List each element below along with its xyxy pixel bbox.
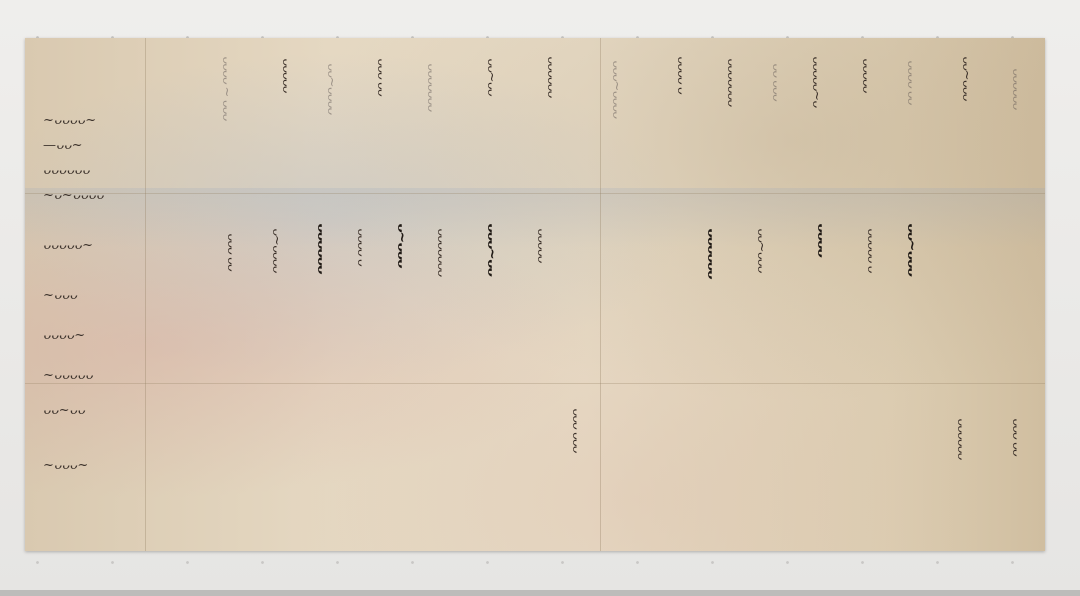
text-column: ᴗᴗᴗᴗᴗᴗ [545, 56, 558, 97]
text-column: ᴗᴗ~ᴗᴗᴗᴗ [325, 63, 338, 114]
text-column: ᴗᴗ~ᴗᴗᴗ [960, 56, 973, 100]
bottom-edge [0, 590, 1080, 596]
fold-line [600, 38, 601, 551]
text-column: ᴗᴗᴗᴗᴗ [860, 58, 873, 92]
text-column: ᴗ~ᴗᴗᴗ [395, 223, 409, 267]
fold-line [25, 383, 1045, 384]
manuscript-sheet: ~ᴗᴗᴗᴗ~ —ᴗᴗ~ ᴗᴗᴗᴗᴗᴗ ~ᴗ~ᴗᴗᴗᴗ ᴗᴗᴗᴗᴗ~ ~ᴗᴗᴗ ᴗ… [25, 38, 1045, 551]
text-column: ᴗᴗᴗ~ᴗᴗᴗᴗ [610, 60, 623, 118]
text-column: ᴗᴗ~ᴗᴗ [485, 58, 498, 95]
text-column: ᴗᴗᴗᴗᴗᴗ [315, 223, 329, 273]
text-column: ᴗᴗᴗᴗᴗ ᴗ [865, 228, 878, 272]
text-column: ᴗᴗᴗᴗ ᴗ [675, 56, 688, 93]
text-column: ᴗᴗᴗ ᴗᴗ [1010, 418, 1023, 455]
text-column: ᴗᴗᴗᴗᴗᴗᴗ [725, 58, 738, 106]
text-column: ᴗᴗᴗᴗᴗᴗᴗ [425, 63, 438, 111]
margin-line: ~ᴗᴗᴗᴗ~ [43, 113, 96, 128]
margin-line: —ᴗᴗ~ [43, 138, 83, 153]
text-column: ᴗᴗᴗ ᴗᴗᴗ [570, 408, 583, 452]
margin-line: ᴗᴗ~ᴗᴗ [43, 403, 85, 418]
margin-line: ᴗᴗᴗᴗ~ [43, 328, 85, 343]
text-column: ᴗᴗ~ᴗᴗᴗ [905, 223, 919, 275]
margin-line: ~ᴗ~ᴗᴗᴗᴗ [43, 188, 104, 203]
margin-line: ~ᴗᴗᴗᴗᴗ [43, 368, 93, 383]
text-column: ᴗᴗᴗᴗᴗ [280, 58, 293, 92]
fold-line [145, 38, 146, 551]
text-column: ᴗᴗ ᴗᴗᴗ [770, 63, 783, 100]
text-column: ᴗᴗᴗᴗᴗᴗᴗ [435, 228, 448, 276]
text-column: ᴗᴗᴗ ᴗᴗ [225, 233, 238, 270]
margin-line: ᴗᴗᴗᴗᴗᴗ [43, 163, 90, 178]
text-column: ᴗᴗᴗᴗᴗᴗ [705, 228, 719, 278]
text-column: ᴗᴗᴗᴗ ~ ᴗᴗᴗ [220, 56, 233, 120]
text-column: ᴗᴗᴗᴗ [815, 223, 829, 256]
text-column: ᴗᴗᴗ~ᴗᴗ [485, 223, 499, 275]
text-column: ᴗᴗᴗᴗᴗ~ᴗ [810, 56, 823, 107]
text-column: ᴗ~ᴗᴗᴗᴗ [270, 228, 283, 272]
text-column: ᴗᴗᴗᴗ ᴗ [355, 228, 368, 265]
margin-line: ~ᴗᴗᴗ [43, 288, 77, 303]
margin-line: ᴗᴗᴗᴗᴗ~ [43, 238, 93, 253]
text-column: ᴗᴗᴗᴗᴗ [535, 228, 548, 262]
text-column: ᴗᴗᴗᴗᴗᴗ [1010, 68, 1023, 109]
text-column: ᴗᴗᴗᴗᴗᴗ [955, 418, 968, 459]
text-column: ᴗᴗᴗᴗ ᴗᴗ [905, 60, 918, 104]
margin-line: ~ᴗᴗᴗ~ [43, 458, 88, 473]
text-column: ᴗᴗ~ᴗᴗᴗ [755, 228, 768, 272]
fold-line [25, 193, 1045, 194]
text-column: ᴗᴗᴗ ᴗᴗ [375, 58, 388, 95]
